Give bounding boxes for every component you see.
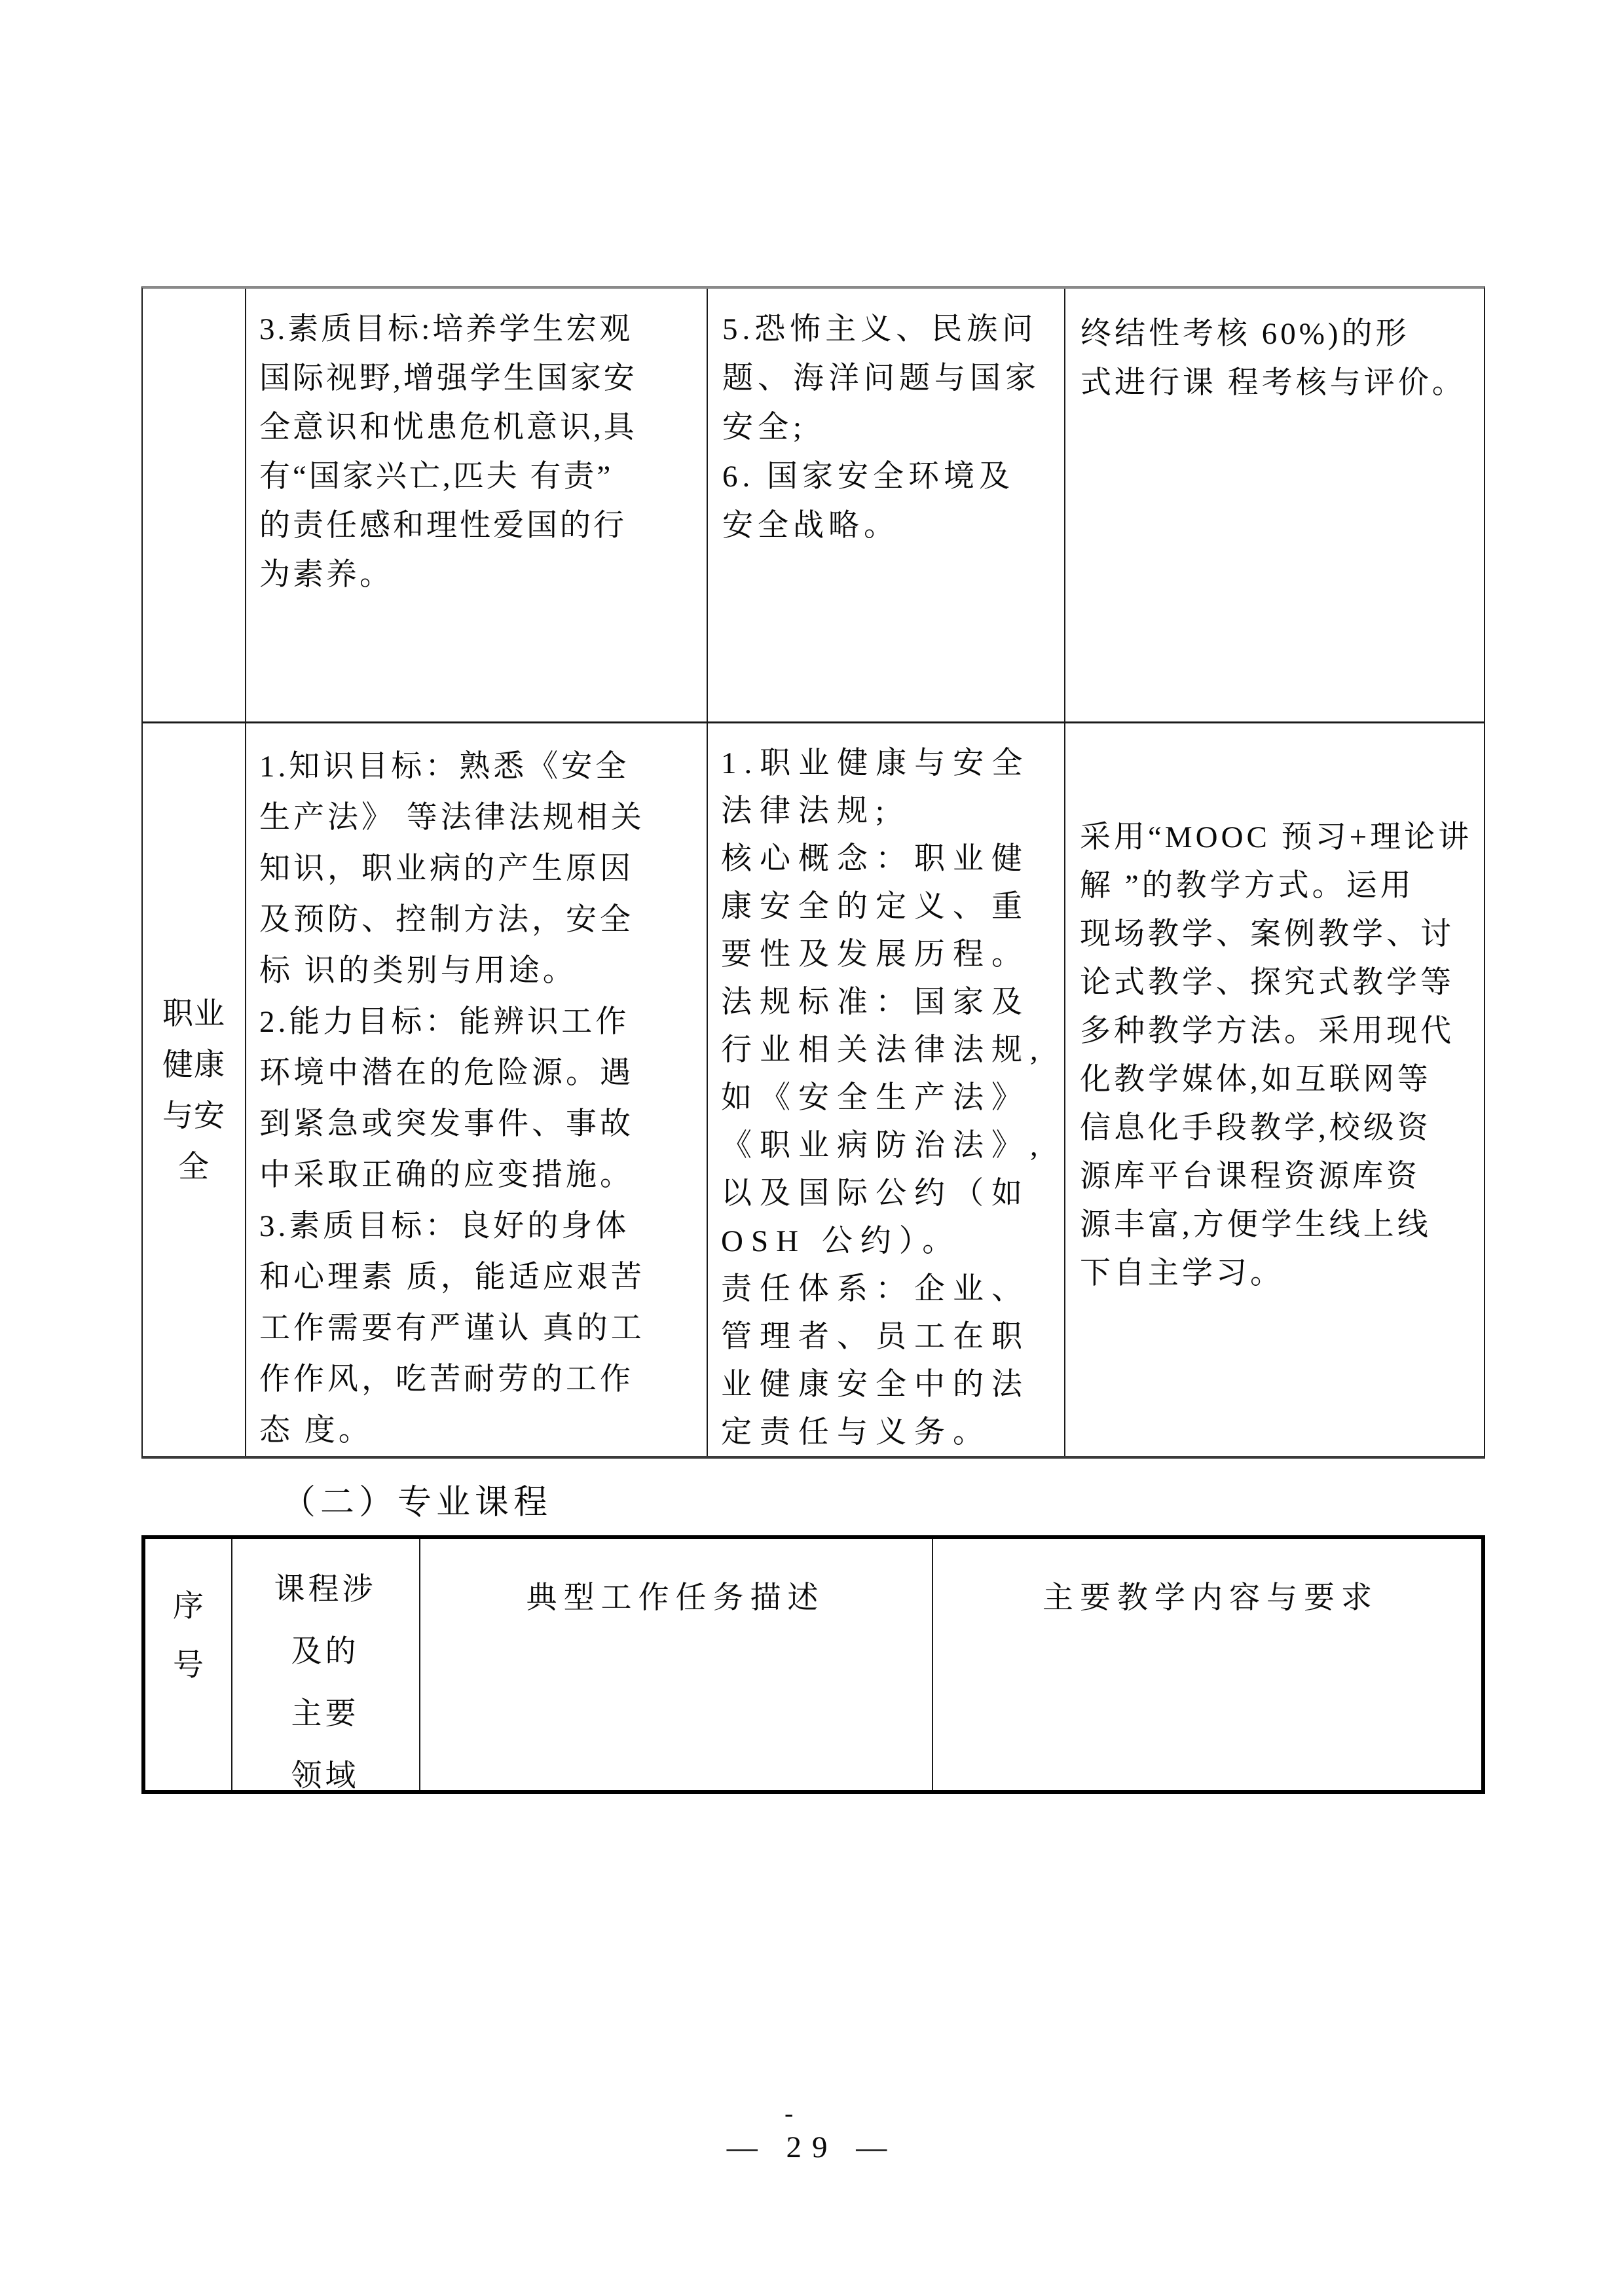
footer-mini-dash: -	[784, 2098, 837, 2128]
t1-r2-teaching-method-cell: 采用“MOOC 预习+理论讲 解 ”的教学方式。运用 现场教学、案例教学、讨 论…	[1064, 721, 1486, 1459]
t1-r2-content-cell: 1.职业健康与安全 法律法规; 核心概念：职业健 康安全的定义、重 要性及发展历…	[707, 721, 1064, 1459]
section-title: （二）专业课程	[282, 1474, 552, 1523]
t1-r1-assessment-cell: 终结性考核 60%)的形 式进行课 程考核与评价。	[1064, 289, 1486, 721]
footer-page-number: — 29 —	[0, 2130, 1624, 2165]
t2-header-teaching-content: 主要教学内容与要求	[932, 1539, 1489, 1790]
professional-courses-table: 序 号 课程涉 及的 主要 领域 典型工作任务描述 主要教学内容与要求	[141, 1535, 1485, 1794]
t2-header-typical-task: 典型工作任务描述	[419, 1539, 932, 1790]
t1-r2-course-label-cell: 职业 健康 与安 全	[143, 721, 245, 1459]
t1-r2-objectives-cell: 1.知识目标：熟悉《安全 生产法》 等法律法规相关 知识，职业病的产生原因 及预…	[245, 721, 707, 1459]
t1-r1-content-cell: 5.恐怖主义、民族问 题、海洋问题与国家 安全; 6. 国家安全环境及 安全战略…	[707, 289, 1064, 721]
document-page: 3.素质目标:培养学生宏观 国际视野,增强学生国家安 全意识和忧患危机意识,具 …	[0, 0, 1624, 2296]
t2-header-course-domain: 课程涉 及的 主要 领域	[231, 1539, 419, 1790]
t2-header-sequence-number: 序 号	[145, 1539, 231, 1790]
t1-r1-objectives-cell: 3.素质目标:培养学生宏观 国际视野,增强学生国家安 全意识和忧患危机意识,具 …	[245, 289, 707, 721]
course-objectives-table: 3.素质目标:培养学生宏观 国际视野,增强学生国家安 全意识和忧患危机意识,具 …	[141, 286, 1485, 1459]
